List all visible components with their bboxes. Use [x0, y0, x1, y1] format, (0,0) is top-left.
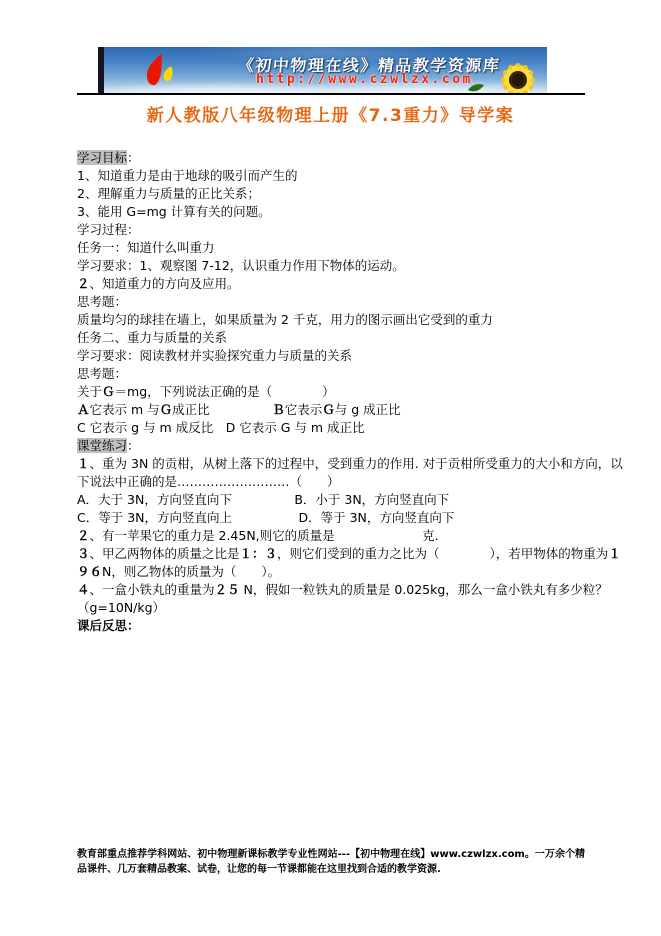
- doc-line: 1、知道重力是由于地球的吸引而产生的: [77, 167, 597, 185]
- doc-line-segment: １: [608, 546, 621, 561]
- divider-rule: [77, 93, 585, 95]
- doc-line-segment: N，假如一粒铁丸的质量是 0.025kg，那么一盒小铁丸有多少粒？: [240, 582, 608, 597]
- doc-line-segment: 它表示 m 与: [90, 402, 160, 417]
- doc-line: 课后反思：: [77, 617, 597, 635]
- doc-line-segment: ＝mg，下列说法正确的是（ ）: [115, 384, 335, 399]
- doc-line-segment: 、重为 3N 的贡柑，从树上落下的过程中，受到重力的作用. 对于贡柑所受重力的大…: [90, 456, 623, 471]
- doc-line: 任务二、重力与质量的关系: [77, 329, 597, 347]
- doc-line: ２、有一苹果它的重力是 2.45N,则它的质量是 克.: [77, 527, 597, 545]
- doc-line-segment: 它表示: [285, 402, 323, 417]
- doc-line-segment: １：３: [240, 546, 278, 561]
- doc-line-segment: 3、能用 G=mg 计算有关的问题。: [77, 204, 271, 219]
- doc-line-segment: ：: [127, 150, 140, 165]
- doc-line-segment: 2、理解重力与质量的正比关系；: [77, 186, 260, 201]
- doc-lines: 学习目标：1、知道重力是由于地球的吸引而产生的2、理解重力与质量的正比关系；3、…: [77, 149, 597, 635]
- doc-line-segment: ２５: [215, 582, 240, 597]
- doc-line-segment: 与 g 成正比: [335, 402, 401, 417]
- doc-line-segment: 任务一：知道什么叫重力: [77, 240, 215, 255]
- doc-line-segment: 思考题：: [77, 366, 127, 381]
- doc-line-segment: Ｇ: [160, 402, 173, 417]
- doc-line: 2、理解重力与质量的正比关系；: [77, 185, 597, 203]
- doc-line: A．大于 3N，方向竖直向下 B．小于 3N，方向竖直向下: [77, 491, 597, 509]
- doc-line: 思考题：: [77, 365, 597, 383]
- page-title: 新人教版八年级物理上册《7.3重力》导学案: [0, 101, 661, 126]
- doc-line-segment: N，则乙物体的质量为（ ）。: [102, 564, 280, 579]
- doc-line: ２、知道重力的方向及应用。: [77, 275, 597, 293]
- doc-line-segment: 、有一苹果它的重力是 2.45N,则它的质量是 克.: [90, 528, 439, 543]
- flame-logo-icon: [142, 52, 182, 90]
- banner-dark-strip: [98, 47, 104, 93]
- doc-line: 思考题：: [77, 293, 597, 311]
- doc-line-segment: 成正比: [172, 402, 272, 417]
- doc-line-segment: Ｂ: [272, 402, 285, 417]
- doc-line-segment: ，则它们受到的重力之比为（ ），若甲物体的物重为: [277, 546, 608, 561]
- doc-line: 学习目标：: [77, 149, 597, 167]
- doc-line-segment: A．大于 3N，方向竖直向下 B．小于 3N，方向竖直向下: [77, 492, 449, 507]
- doc-line-segment: 下说法中正确的是………………………（ ）: [77, 474, 340, 489]
- doc-line: C．等于 3N，方向竖直向上 D．等于 3N，方向竖直向下: [77, 509, 597, 527]
- doc-line-segment: ９６: [77, 564, 102, 579]
- doc-line-segment: 学习过程：: [77, 222, 140, 237]
- doc-line-segment: Ａ: [77, 402, 90, 417]
- doc-line-segment: 学习要求：1、观察图 7-12，认识重力作用下物体的运动。: [77, 258, 405, 273]
- doc-line: C 它表示 g 与 m 成反比 D 它表示 G 与 m 成正比: [77, 419, 597, 437]
- doc-line-segment: 课堂练习: [77, 438, 127, 453]
- doc-line: 学习要求：阅读教材并实验探究重力与质量的关系: [77, 347, 597, 365]
- doc-line-segment: 1、知道重力是由于地球的吸引而产生的: [77, 168, 297, 183]
- doc-line-segment: 、知道重力的方向及应用。: [90, 276, 240, 291]
- doc-line-segment: Ｇ: [322, 402, 335, 417]
- doc-line-segment: 思考题：: [77, 294, 127, 309]
- footer-text: 教育部重点推荐学科网站、初中物理新课标教学专业性网站---【初中物理在线】www…: [77, 847, 585, 877]
- doc-line-segment: （g=10N/kg）: [77, 600, 165, 615]
- doc-line-segment: 、甲乙两物体的质量之比是: [90, 546, 240, 561]
- sunflower-image: [491, 56, 545, 93]
- doc-line-segment: C 它表示 g 与 m 成反比 D 它表示 G 与 m 成正比: [77, 420, 365, 435]
- doc-line-segment: 学习目标: [77, 150, 127, 165]
- doc-line-segment: 学习要求：阅读教材并实验探究重力与质量的关系: [77, 348, 352, 363]
- doc-line: （g=10N/kg）: [77, 599, 597, 617]
- doc-line: ９６N，则乙物体的质量为（ ）。: [77, 563, 597, 581]
- doc-line-segment: ２: [77, 276, 90, 291]
- doc-line-segment: 课后反思：: [77, 618, 140, 633]
- doc-line: ３、甲乙两物体的质量之比是１：３，则它们受到的重力之比为（ ），若甲物体的物重为…: [77, 545, 597, 563]
- doc-line: 任务一：知道什么叫重力: [77, 239, 597, 257]
- doc-line-segment: ：: [127, 438, 140, 453]
- doc-line: １、重为 3N 的贡柑，从树上落下的过程中，受到重力的作用. 对于贡柑所受重力的…: [77, 455, 597, 473]
- doc-line-segment: 、一盒小铁丸的重量为: [90, 582, 215, 597]
- doc-line: ４、一盒小铁丸的重量为２５ N，假如一粒铁丸的质量是 0.025kg，那么一盒小…: [77, 581, 597, 599]
- site-banner-image: 《初中物理在线》精品教学资源库 http://www.czwlzx.com: [98, 47, 547, 93]
- doc-line: 关于Ｇ＝mg，下列说法正确的是（ ）: [77, 383, 597, 401]
- doc-line-segment: 任务二、重力与质量的关系: [77, 330, 227, 345]
- doc-line: 学习过程：: [77, 221, 597, 239]
- doc-line: Ａ它表示 m 与Ｇ成正比 Ｂ它表示Ｇ与 g 成正比: [77, 401, 597, 419]
- doc-line-segment: １: [77, 456, 90, 471]
- doc-line: 3、能用 G=mg 计算有关的问题。: [77, 203, 597, 221]
- doc-line-segment: Ｇ: [102, 384, 115, 399]
- doc-line: 课堂练习：: [77, 437, 597, 455]
- leaf-image: [467, 81, 485, 93]
- doc-line-segment: ３: [77, 546, 90, 561]
- doc-line: 学习要求：1、观察图 7-12，认识重力作用下物体的运动。: [77, 257, 597, 275]
- doc-line: 质量均匀的球挂在墙上，如果质量为 2 千克，用力的图示画出它受到的重力: [77, 311, 597, 329]
- doc-line-segment: 关于: [77, 384, 102, 399]
- document-page: 《初中物理在线》精品教学资源库 http://www.czwlzx.com: [0, 0, 661, 936]
- banner-site-url[interactable]: http://www.czwlzx.com: [256, 72, 473, 87]
- doc-line-segment: ２: [77, 528, 90, 543]
- doc-line-segment: ４: [77, 582, 90, 597]
- doc-line-segment: C．等于 3N，方向竖直向上 D．等于 3N，方向竖直向下: [77, 510, 454, 525]
- doc-line: 下说法中正确的是………………………（ ）: [77, 473, 597, 491]
- doc-line-segment: 质量均匀的球挂在墙上，如果质量为 2 千克，用力的图示画出它受到的重力: [77, 312, 493, 327]
